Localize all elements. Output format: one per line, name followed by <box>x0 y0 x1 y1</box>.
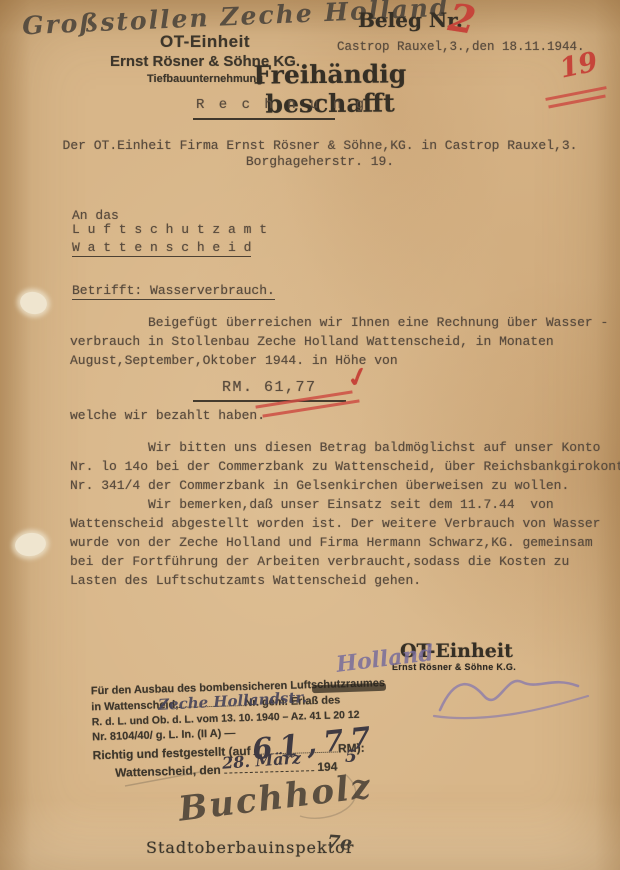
body-p3-l5: Lasten des Luftschutzamts Wattenscheid g… <box>70 573 421 588</box>
amount-underline <box>193 400 346 402</box>
doc-type-label: R e c h n u n g <box>196 97 367 113</box>
amount-line: RM. 61,77 <box>222 379 317 396</box>
body-p2-l3: Nr. 341/4 der Commerzbank in Gelsenkirch… <box>70 478 569 493</box>
punch-hole-top <box>18 289 49 316</box>
scanned-document: Großstollen Zeche Holland OT-Einheit Ern… <box>0 0 620 870</box>
recipient-line-3: W a t t e n s c h e i d <box>72 240 251 257</box>
sender-line-2: Borghageherstr. 19. <box>30 154 610 169</box>
body-p3-l2: Wattenscheid abgestellt worden ist. Der … <box>70 516 601 531</box>
purple-signature-scribble <box>428 666 598 721</box>
beleg-number-handwritten: 2 <box>446 0 479 43</box>
purple-note-holland: Holland <box>335 640 435 678</box>
handwritten-year-digit: 5 <box>345 747 357 767</box>
place-date: Castrop Rauxel,3.,den 18.11.1944. <box>337 40 585 54</box>
subject-line: Betrifft: Wasserverbrauch. <box>72 283 275 300</box>
title-stamp: Stadtoberbauinspektor <box>146 838 354 857</box>
body-p2-l1: Wir bitten uns diesen Betrag baldmöglich… <box>148 440 600 455</box>
body-p3-l3: wurde von der Zeche Holland und Firma He… <box>70 535 593 550</box>
body-p3-l1: Wir bemerken,daß unser Einsatz seit dem … <box>148 497 554 512</box>
after-amount-line: welche wir bezahlt haben. <box>70 408 265 423</box>
body-p1-l1: Beigefügt überreichen wir Ihnen eine Rec… <box>148 315 608 330</box>
punch-hole-bottom <box>14 531 48 558</box>
body-p3-l4: bei der Fortführung der Arbeiten verbrau… <box>70 554 569 569</box>
body-p2-l2: Nr. lo 14o bei der Commerzbank zu Watten… <box>70 459 620 474</box>
recipient-line-2: L u f t s c h u t z a m t <box>72 222 267 237</box>
doc-type-underline <box>193 118 335 120</box>
recipient-line-1: An das <box>72 208 119 223</box>
sender-line-1: Der OT.Einheit Firma Ernst Rösner & Söhn… <box>30 138 610 153</box>
handwritten-initials: 7e <box>326 831 353 855</box>
body-p1-l2: verbrauch in Stollenbau Zeche Holland Wa… <box>70 334 554 349</box>
company-stamp-line1: OT-Einheit <box>80 32 330 52</box>
red-page-number: 19 <box>557 46 600 84</box>
